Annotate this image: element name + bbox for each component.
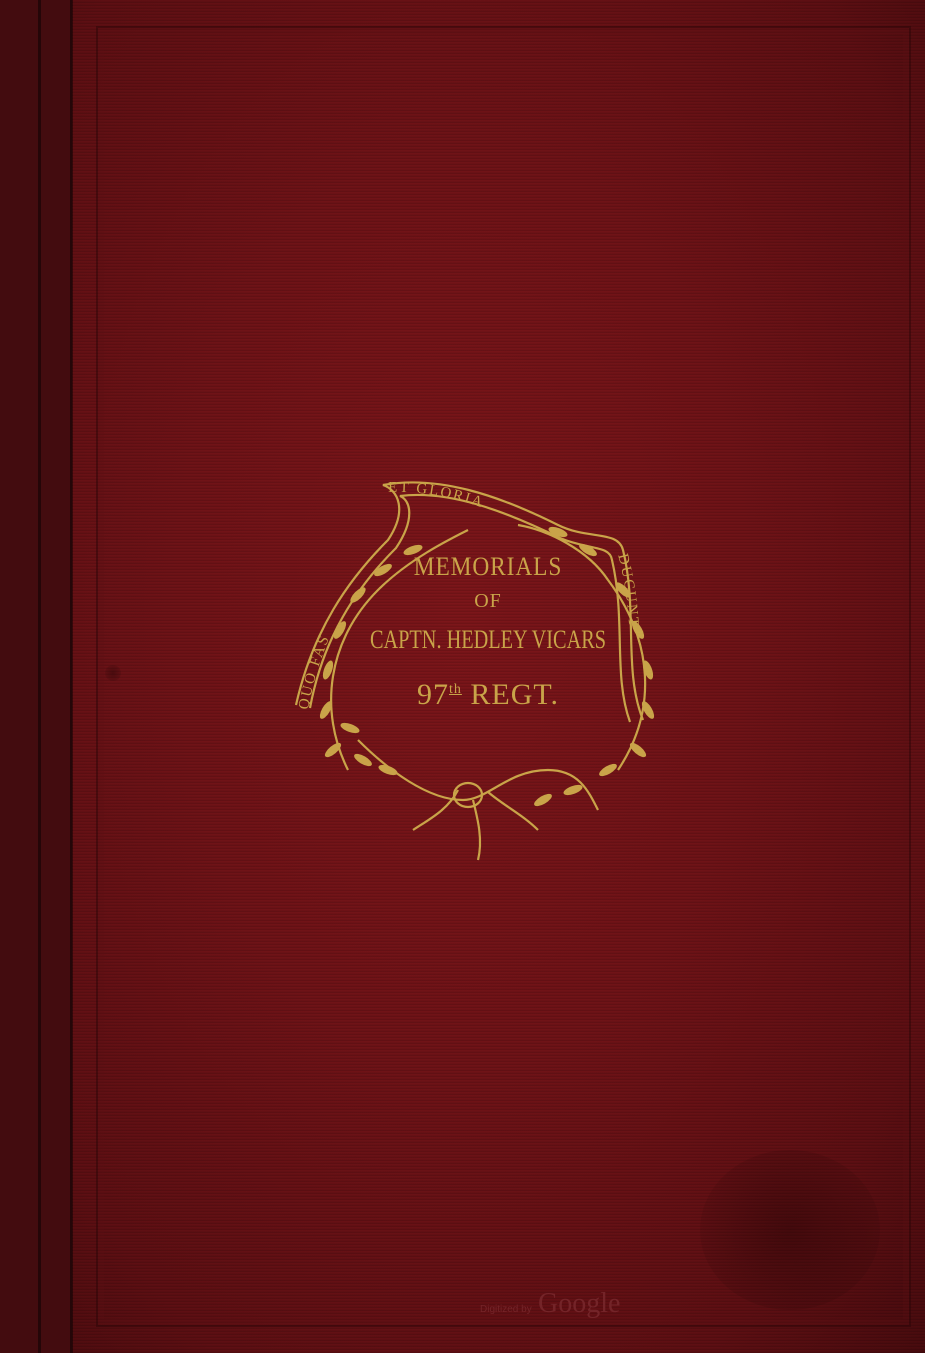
cover-title: MEMORIALS OF CAPTN. HEDLEY VICARS 97th R… xyxy=(288,470,688,870)
watermark-prefix: Digitized by xyxy=(480,1304,532,1315)
title-line-of: OF xyxy=(288,590,688,613)
regiment-word: REGT. xyxy=(470,678,559,711)
title-line-memorials: MEMORIALS xyxy=(308,552,668,582)
stain xyxy=(105,665,121,681)
regiment-number: 97 xyxy=(417,678,449,711)
spine-groove xyxy=(70,0,73,1353)
book-cover: QUO FAS ET GLORIA DUCUNT MEMORIALS OF CA… xyxy=(0,0,925,1353)
regiment-ordinal: th xyxy=(449,682,462,697)
spine-groove xyxy=(38,0,41,1353)
watermark-brand: Google xyxy=(538,1288,620,1320)
digitization-watermark: Digitized by Google xyxy=(480,1288,640,1324)
title-line-regiment: 97th REGT. xyxy=(288,678,688,712)
stain xyxy=(700,1150,880,1310)
title-line-name: CAPTN. HEDLEY VICARS xyxy=(332,625,644,655)
book-spine xyxy=(0,0,72,1353)
